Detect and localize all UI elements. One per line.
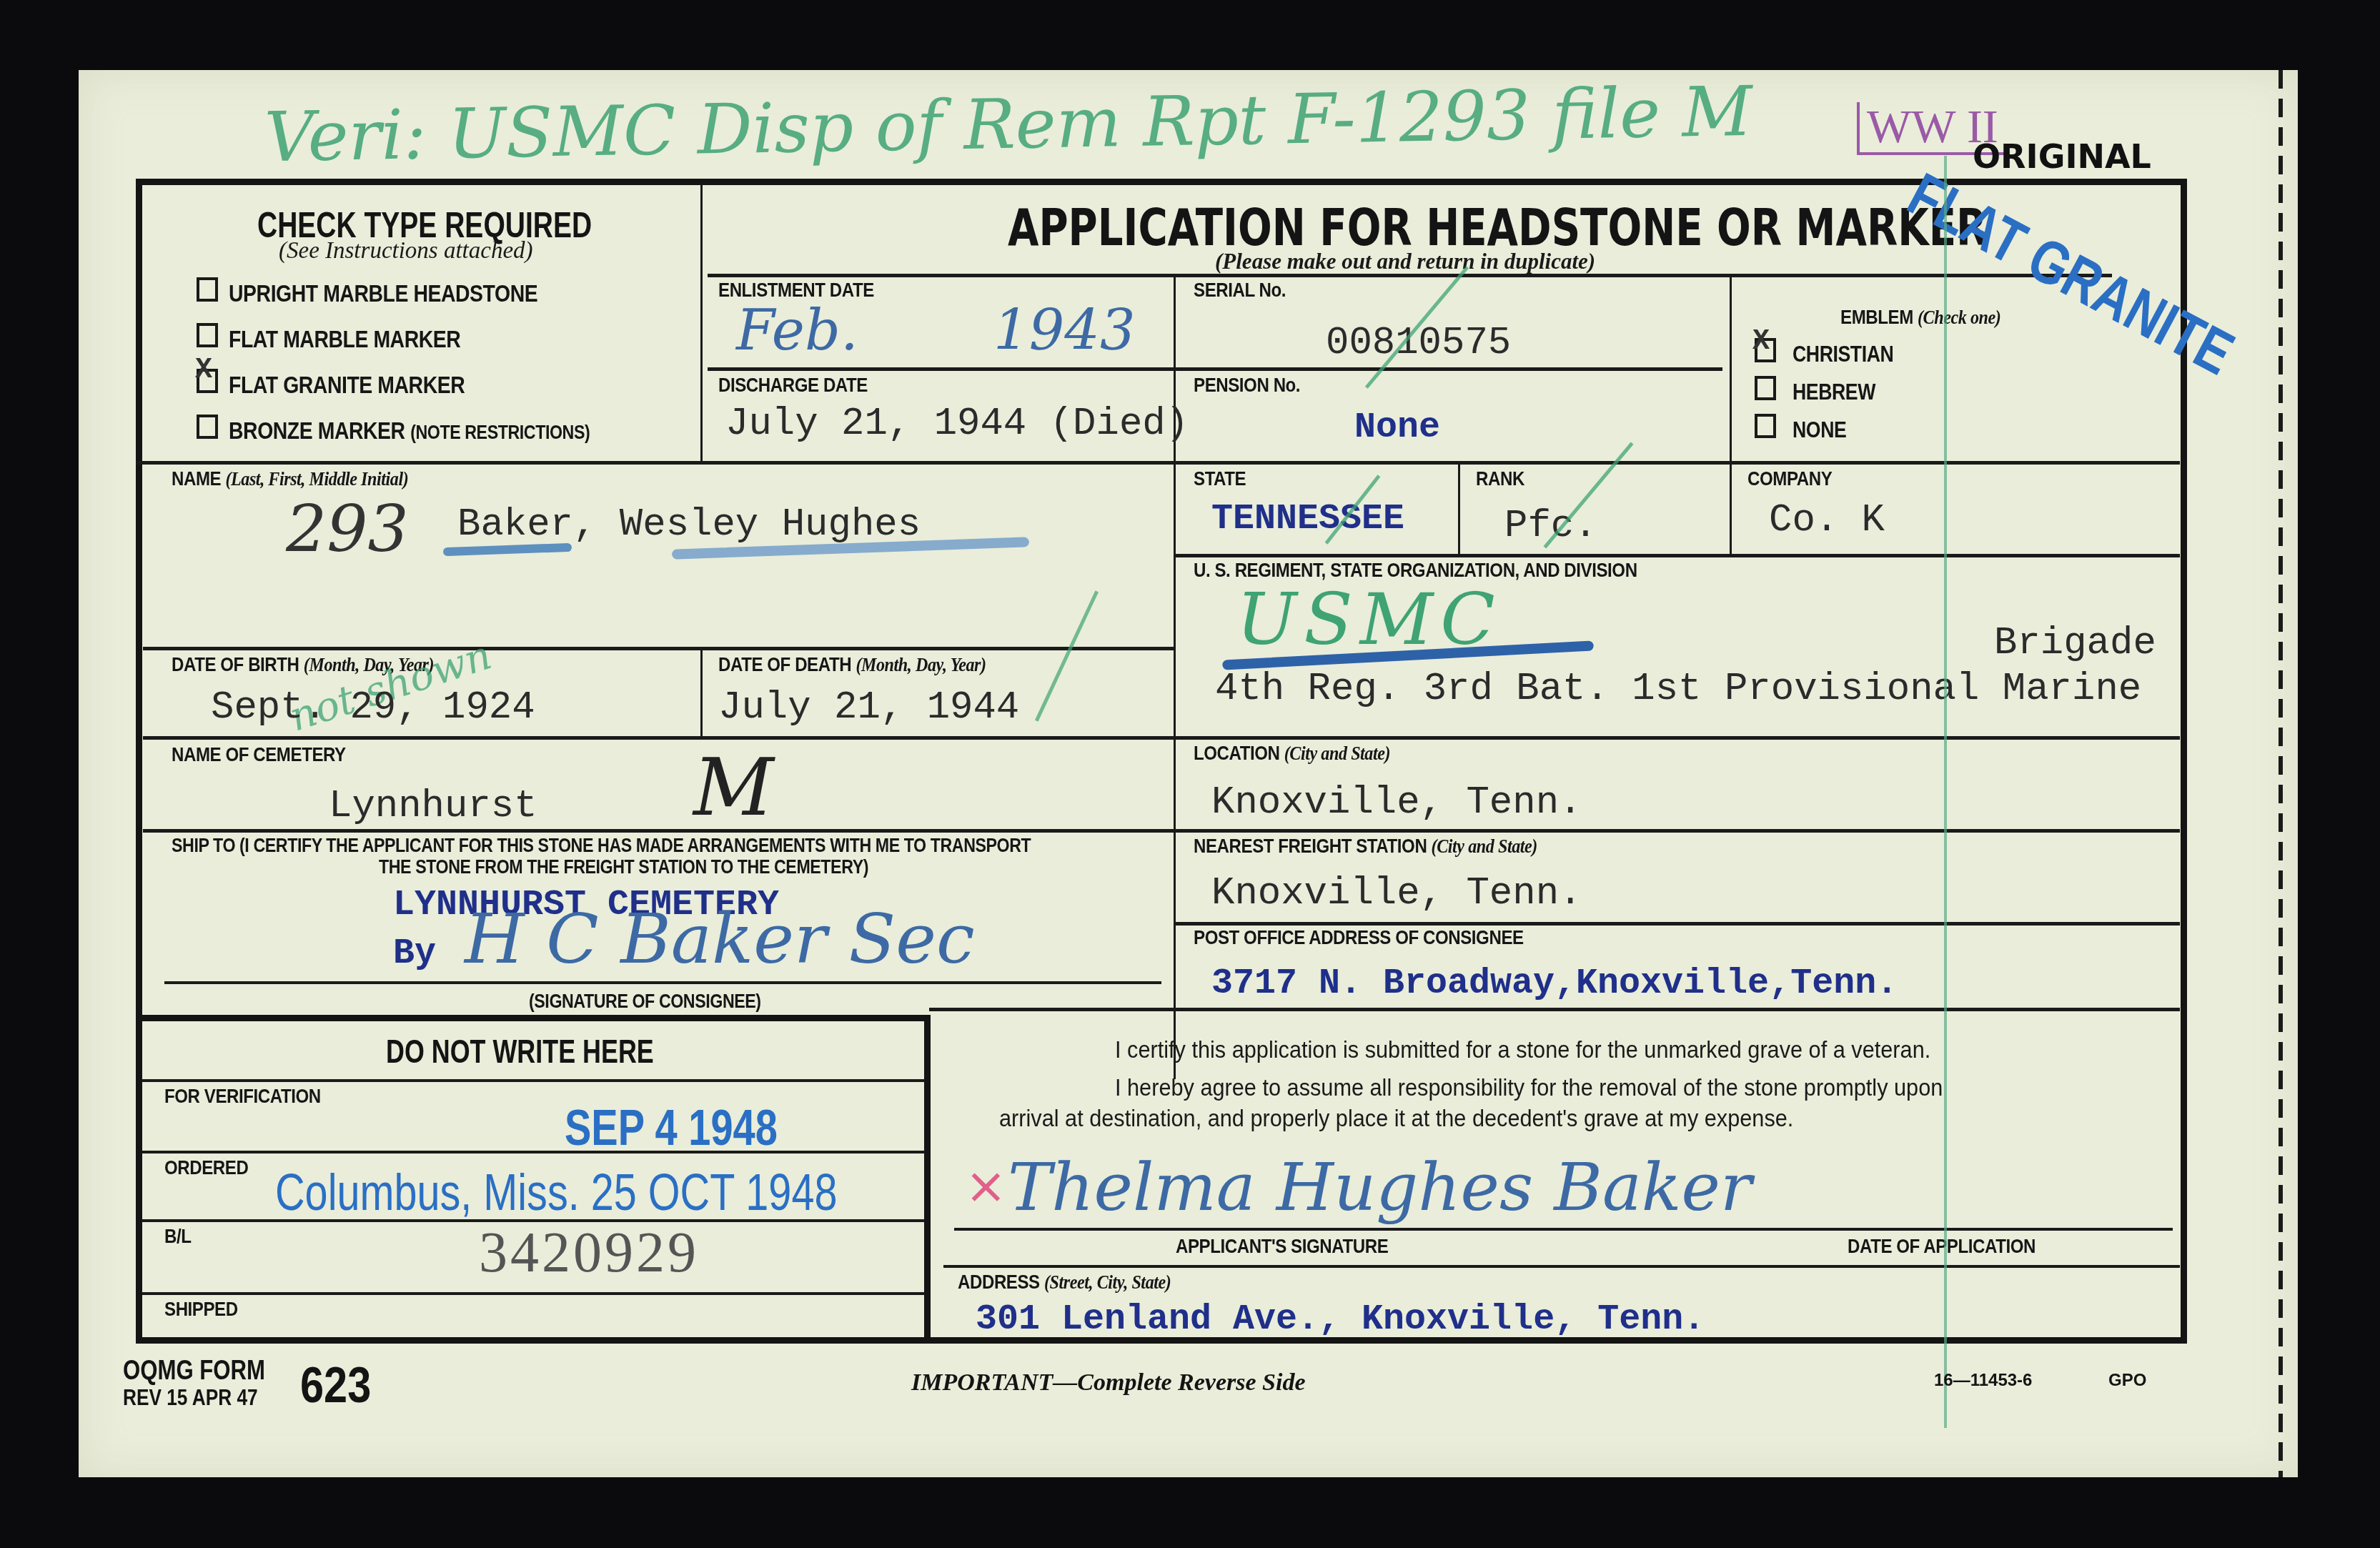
divider xyxy=(142,1151,925,1153)
handwritten-mark: M xyxy=(693,742,774,833)
pencil-vertical-line xyxy=(1944,156,1947,1428)
perforation-line xyxy=(2279,70,2283,1477)
dob-value: Sept. 29, 1924 xyxy=(211,686,535,730)
location-label: LOCATION xyxy=(1194,742,1280,764)
printer-code: GPO xyxy=(2108,1371,2146,1391)
signature-x-mark: × xyxy=(965,1156,1007,1215)
ship-to-label: SHIP TO (I CERTIFY THE APPLICANT FOR THI… xyxy=(172,835,1031,857)
top-annotation: Veri: USMC Disp of Rem Rpt F-1293 file M xyxy=(264,71,1752,177)
divider xyxy=(700,647,703,736)
date-line xyxy=(1776,1228,2173,1231)
name-label: NAME xyxy=(172,467,221,490)
po-address-label: POST OFFICE ADDRESS OF CONSIGNEE xyxy=(1194,926,1524,949)
print-code: 16—11453-6 xyxy=(1934,1371,2032,1391)
applicant-address: 301 Lenland Ave., Knoxville, Tenn. xyxy=(976,1299,1705,1340)
divider xyxy=(1730,461,1732,554)
by-label: By xyxy=(393,933,436,974)
bl-label: B/L xyxy=(164,1225,192,1248)
applicant-signature: Thelma Hughes Baker xyxy=(1008,1149,1752,1226)
address-label: ADDRESS xyxy=(958,1271,1040,1293)
copy-label: ORIGINAL xyxy=(1973,137,2151,176)
pension-no-value: None xyxy=(1354,407,1440,448)
divider xyxy=(143,736,2180,740)
checkbox[interactable] xyxy=(197,277,218,302)
checkbox[interactable] xyxy=(1755,414,1776,438)
divider xyxy=(1174,922,2180,926)
enlistment-year: 1943 xyxy=(993,299,1136,363)
cemetery-value: Lynnhurst xyxy=(329,785,537,828)
check-x-mark: X xyxy=(1752,326,1770,358)
verification-label: FOR VERIFICATION xyxy=(164,1085,321,1108)
discharge-date-value: July 21, 1944 (Died) xyxy=(725,402,1189,446)
rank-label: RANK xyxy=(1476,467,1524,490)
signature-line xyxy=(164,981,1161,984)
certification-line1: I certify this application is submitted … xyxy=(1115,1036,1930,1063)
regiment-line2: 4th Reg. 3rd Bat. 1st Provisional Marine xyxy=(1215,668,2141,711)
divider xyxy=(143,647,1174,650)
divider xyxy=(1174,554,2180,557)
location-value: Knoxville, Tenn. xyxy=(1211,781,1582,825)
po-address-value: 3717 N. Broadway,Knoxville,Tenn. xyxy=(1211,963,1898,1004)
ordered-label: ORDERED xyxy=(164,1156,248,1179)
checkbox[interactable] xyxy=(197,323,218,347)
form-number: 623 xyxy=(300,1356,371,1414)
dob-label: DATE OF BIRTH xyxy=(172,653,299,675)
serial-no-label: SERIAL No. xyxy=(1194,279,1286,302)
state-value: TENNESSEE xyxy=(1211,499,1404,540)
divider xyxy=(143,829,2180,833)
divider xyxy=(943,1265,2180,1268)
form-paper: Veri: USMC Disp of Rem Rpt F-1293 file M… xyxy=(79,70,2298,1477)
checkbox[interactable] xyxy=(1755,376,1776,400)
signature-caption: APPLICANT'S SIGNATURE xyxy=(1176,1235,1388,1258)
checkbox[interactable] xyxy=(197,415,218,439)
certification-line3: arrival at destination, and properly pla… xyxy=(999,1105,1793,1132)
form-subtitle: (Please make out and return in duplicate… xyxy=(1215,249,1595,274)
office-use-heading: DO NOT WRITE HERE xyxy=(386,1032,654,1071)
date-of-application-caption: DATE OF APPLICATION xyxy=(1848,1235,2036,1258)
divider xyxy=(708,274,2112,277)
enlistment-month: Feb. xyxy=(736,299,858,363)
bl-number: 3420929 xyxy=(479,1221,699,1286)
ordered-stamp: Columbus, Miss. 25 OCT 1948 xyxy=(275,1164,837,1222)
signature-line xyxy=(954,1228,1805,1231)
consignee-signature: H C Baker Sec xyxy=(465,899,975,979)
check-type-subheading: (See Instructions attached) xyxy=(279,238,533,264)
dod-label: DATE OF DEATH xyxy=(718,653,851,675)
divider xyxy=(700,184,703,462)
state-label: STATE xyxy=(1194,467,1246,490)
shipped-label: SHIPPED xyxy=(164,1298,238,1321)
name-value: Baker, Wesley Hughes xyxy=(457,503,921,547)
check-x-mark: X xyxy=(195,354,212,387)
divider xyxy=(142,1079,925,1082)
divider xyxy=(136,461,2180,465)
cemetery-label: NAME OF CEMETERY xyxy=(172,743,346,766)
freight-station-value: Knoxville, Tenn. xyxy=(1211,872,1582,916)
handwritten-number: 293 xyxy=(286,492,409,567)
dod-value: July 21, 1944 xyxy=(718,686,1019,730)
verification-stamp: SEP 4 1948 xyxy=(565,1099,778,1156)
divider xyxy=(1458,461,1460,554)
regiment-line1: Brigade xyxy=(1994,622,2156,665)
divider xyxy=(1730,274,1732,462)
divider xyxy=(142,1292,925,1295)
pension-no-label: PENSION No. xyxy=(1194,374,1300,397)
company-label: COMPANY xyxy=(1747,467,1832,490)
freight-station-label: NEAREST FREIGHT STATION xyxy=(1194,835,1427,857)
certification-line2: I hereby agree to assume all responsibil… xyxy=(1115,1074,1943,1101)
divider xyxy=(929,1008,2180,1011)
important-note: IMPORTANT—Complete Reverse Side xyxy=(911,1369,1306,1396)
form-id: OQMG FORM REV 15 APR 47 xyxy=(123,1356,265,1409)
company-value: Co. K xyxy=(1769,499,1885,542)
discharge-date-label: DISCHARGE DATE xyxy=(718,374,868,397)
divider xyxy=(708,367,1722,371)
emblem-label: EMBLEM xyxy=(1840,306,1913,328)
